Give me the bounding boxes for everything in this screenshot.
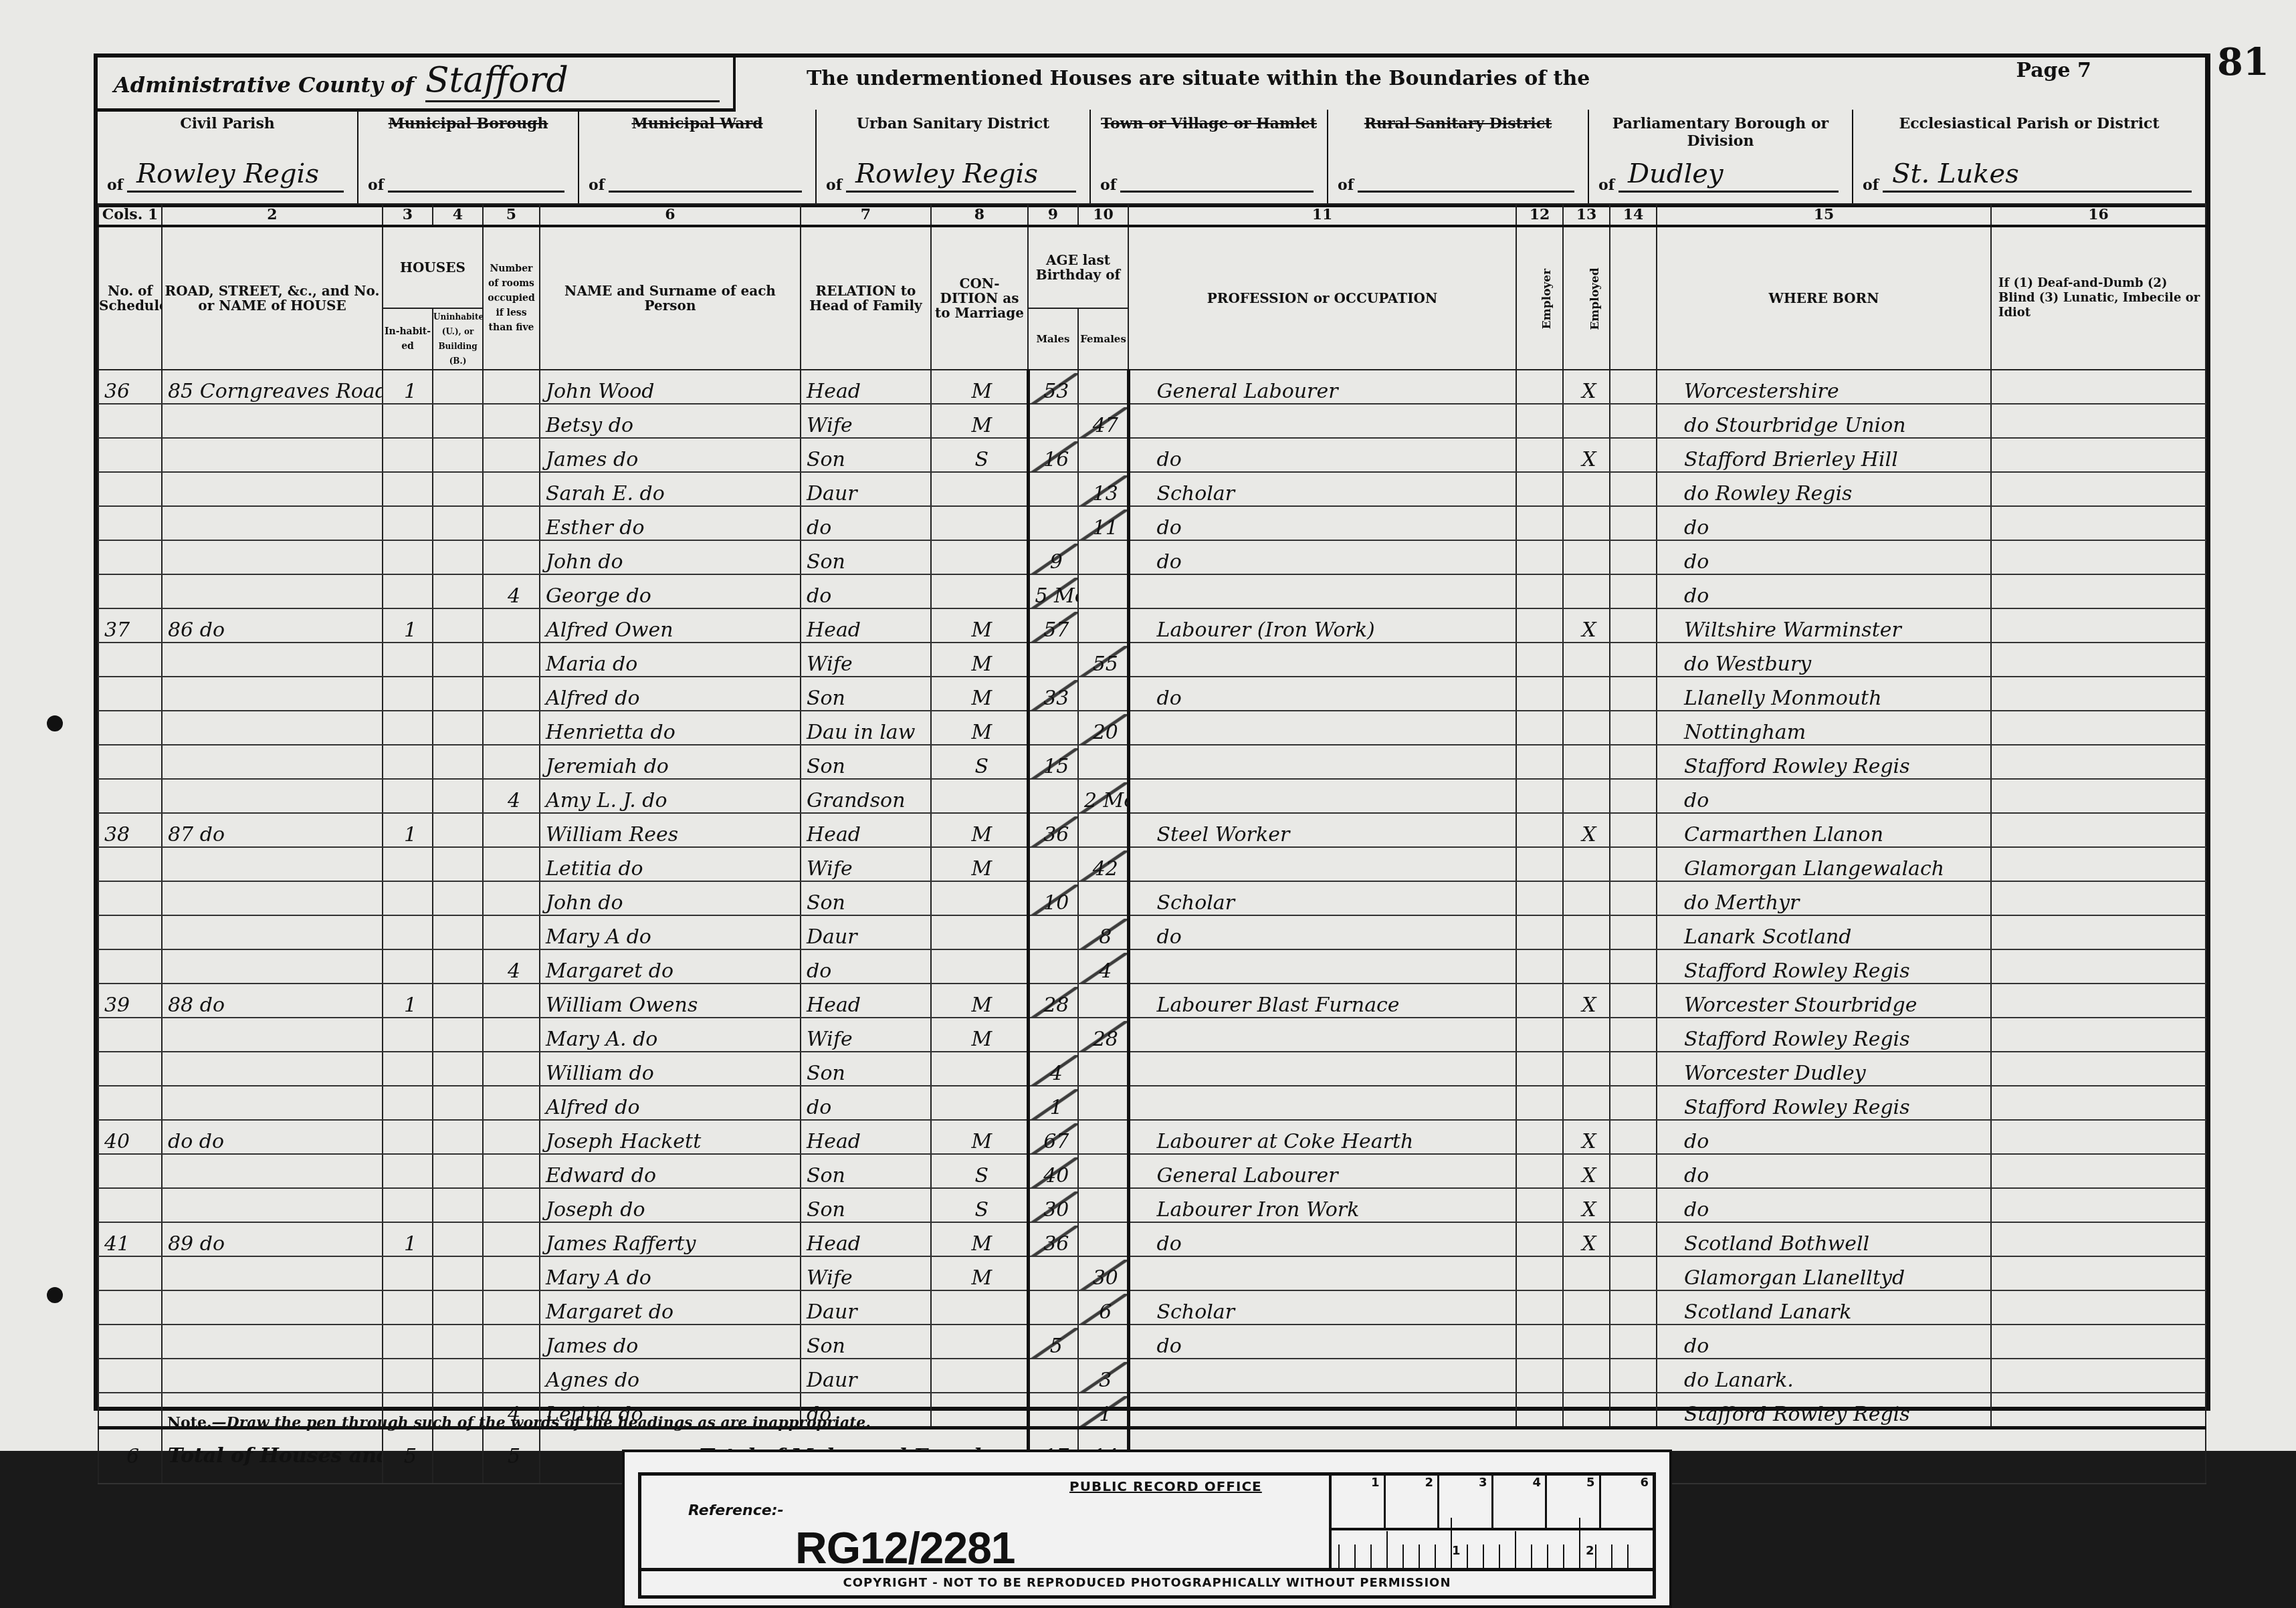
cell-employer [1516,472,1563,506]
cell-infirmity [1991,472,2206,506]
cell-inhabited [383,1120,433,1154]
cell-relation: Son [801,1325,931,1359]
name-value: Margaret do [546,1300,673,1324]
cell-infirmity [1991,984,2206,1018]
relation-value: Son [807,550,845,574]
cell-infirmity [1991,1154,2206,1188]
district-label: Municipal Borough [358,115,578,132]
name-value: Esther do [546,516,645,540]
cell-name: Joseph do [540,1188,801,1222]
cell-occupation [1128,1018,1516,1052]
table-row: 3988 do1William OwensHeadM28Labourer Bla… [98,984,2206,1018]
cell-schedule [98,847,162,881]
cell-male-age [1028,1393,1078,1428]
district-label: Ecclesiastical Parish or District [1853,115,2205,132]
cell-road [162,847,383,881]
cell-inhabited [383,643,433,677]
cell-male-age: 33 [1028,677,1078,711]
male-age-value: 4 [1050,1062,1063,1085]
cell-where-born: Glamorgan Llanelltyd [1657,1256,1991,1290]
cell-occupation: Steel Worker [1128,813,1516,847]
where-born-value: do [1684,1335,1709,1358]
district-value: Rowley Regis [846,157,1076,193]
cell-neither [1610,1086,1657,1120]
header-schedule: No. of Schedule [98,226,162,370]
cell-employer [1516,915,1563,949]
cell-employed: X [1563,438,1610,472]
cell-relation: Son [801,438,931,472]
cell-female-age: 3 [1078,1359,1128,1393]
ruler-tick [1531,1544,1532,1571]
total-rooms: 5 [483,1428,540,1484]
cell-employer [1516,608,1563,643]
cell-uninhabited [433,1154,483,1188]
male-age-value: 15 [1043,755,1069,778]
cell-employer [1516,847,1563,881]
cell-rooms: 4 [483,779,540,813]
cell-relation: Son [801,540,931,574]
male-age-value: 1 [1050,1096,1063,1119]
where-born-value: Lanark Scotland [1684,925,1852,949]
footer-note: Note.—Draw the pen through such of the w… [167,1414,871,1431]
copyright-notice: COPYRIGHT - NOT TO BE REPRODUCED PHOTOGR… [641,1568,1653,1595]
where-born-value: do Westbury [1684,653,1811,676]
reference-label: Reference:- [688,1502,784,1519]
cell-occupation: do [1128,677,1516,711]
cell-relation: Head [801,813,931,847]
cell-male-age [1028,847,1078,881]
cell-relation: Son [801,881,931,915]
cell-occupation: do [1128,1325,1516,1359]
cell-male-age [1028,1018,1078,1052]
relation-value: Dau in law [807,721,915,744]
name-value: Margaret do [546,959,673,983]
cell-name: Jeremiah do [540,745,801,779]
cell-schedule [98,574,162,608]
ruler-tick [1419,1544,1420,1571]
cell-uninhabited [433,1188,483,1222]
table-row: Joseph doSonS30Labourer Iron WorkXdo [98,1188,2206,1222]
col-num: 13 [1563,204,1610,226]
cell-uninhabited [433,1325,483,1359]
cell-road [162,1154,383,1188]
cell-female-age: 1 [1078,1393,1128,1428]
reference-card: PUBLIC RECORD OFFICE Reference:- RG12/22… [622,1450,1672,1608]
name-value: Henrietta do [546,721,675,744]
cell-road [162,506,383,540]
cell-where-born: do [1657,574,1991,608]
district-of: of [1100,177,1116,194]
cell-condition [931,1086,1028,1120]
schedule-value: 40 [104,1130,130,1153]
col-num: 15 [1657,204,1991,226]
cell-name: Maria do [540,643,801,677]
cell-uninhabited [433,506,483,540]
cell-rooms [483,1222,540,1256]
female-age-value: 30 [1093,1266,1118,1290]
relation-value: Head [807,380,861,403]
cell-male-age [1028,472,1078,506]
cell-name: Henrietta do [540,711,801,745]
district-label: Parliamentary Borough or Division [1589,115,1852,150]
cell-inhabited [383,881,433,915]
cell-road [162,643,383,677]
relation-value: Son [807,891,845,915]
cell-where-born: do [1657,1325,1991,1359]
cell-female-age [1078,1086,1128,1120]
male-age-value: 40 [1043,1164,1069,1187]
cell-relation: do [801,574,931,608]
cell-road [162,1290,383,1325]
cell-condition [931,506,1028,540]
cell-inhabited [383,506,433,540]
cell-neither [1610,881,1657,915]
cell-name: Edward do [540,1154,801,1188]
cell-schedule [98,1359,162,1393]
cell-rooms [483,1188,540,1222]
road-value: 89 do [168,1232,225,1256]
cell-where-born: do [1657,779,1991,813]
cell-occupation [1128,1359,1516,1393]
cell-name: James Rafferty [540,1222,801,1256]
where-born-value: Stafford Brierley Hill [1684,448,1898,471]
male-age-value: 36 [1043,1232,1069,1256]
cell-uninhabited [433,370,483,404]
binding-hole [47,715,63,731]
cell-road [162,915,383,949]
rooms-value: 4 [508,789,520,812]
office-name: PUBLIC RECORD OFFICE [1069,1478,1262,1494]
cell-male-age [1028,506,1078,540]
cell-where-born: Worcester Dudley [1657,1052,1991,1086]
cell-neither [1610,813,1657,847]
cell-name: Alfred do [540,677,801,711]
cell-female-age: 55 [1078,643,1128,677]
cell-employed [1563,643,1610,677]
cell-neither [1610,1325,1657,1359]
cell-inhabited [383,949,433,984]
name-value: Edward do [546,1164,656,1187]
male-age-value: 5 Mo [1035,584,1079,608]
cell-road [162,540,383,574]
cell-relation: Son [801,1052,931,1086]
cell-employer [1516,1086,1563,1120]
cell-name: Letitia do [540,847,801,881]
female-age-value: 4 [1099,959,1112,983]
district-of: of [1338,177,1354,194]
cell-where-born: Scotland Lanark [1657,1290,1991,1325]
district-value: St. Lukes [1883,157,2192,193]
cell-where-born: Stafford Rowley Regis [1657,745,1991,779]
cell-infirmity [1991,881,2206,915]
table-row: James doSon5dodo [98,1325,2206,1359]
employed-value: X [1582,823,1596,846]
cell-schedule [98,915,162,949]
condition-value: M [971,721,992,744]
cell-uninhabited [433,949,483,984]
cell-inhabited [383,677,433,711]
relation-value: Wife [807,857,853,881]
cell-male-age [1028,779,1078,813]
cell-schedule [98,1188,162,1222]
cell-female-age: 30 [1078,1256,1128,1290]
table-row: John doSon10Scholardo Merthyr [98,881,2206,915]
rooms-value: 4 [508,959,520,983]
cell-male-age: 10 [1028,881,1078,915]
cell-employer [1516,540,1563,574]
cell-neither [1610,1188,1657,1222]
cell-road [162,1188,383,1222]
where-born-value: Stafford Rowley Regis [1684,1403,1910,1426]
cell-road [162,404,383,438]
condition-value: S [974,1198,988,1222]
cell-schedule [98,1154,162,1188]
cell-schedule [98,438,162,472]
cell-female-age [1078,1120,1128,1154]
cell-where-born: do Merthyr [1657,881,1991,915]
cell-road [162,779,383,813]
table-row: Alfred doSonM33doLlanelly Monmouth [98,677,2206,711]
cell-name: Amy L. J. do [540,779,801,813]
cell-infirmity [1991,1188,2206,1222]
name-value: Betsy do [546,414,633,437]
cell-employed [1563,1256,1610,1290]
cell-neither [1610,847,1657,881]
cell-uninhabited [433,404,483,438]
district-field: Ecclesiastical Parish or DistrictofSt. L… [1853,110,2205,203]
cell-relation: Head [801,608,931,643]
where-born-value: Stafford Rowley Regis [1684,959,1910,983]
cell-where-born: Carmarthen Llanon [1657,813,1991,847]
cell-rooms [483,643,540,677]
total-houses-label: Total of Houses and of Tenements with le… [162,1428,383,1484]
cell-inhabited [383,1154,433,1188]
header-employer: Employer [1516,226,1563,370]
cell-female-age: 20 [1078,711,1128,745]
cell-employed [1563,711,1610,745]
cell-condition: M [931,813,1028,847]
form-header: Administrative County of Stafford The un… [98,58,2205,111]
schedule-value: 38 [104,823,130,846]
cell-male-age: 15 [1028,745,1078,779]
occupation-value: Labourer Blast Furnace [1157,994,1400,1017]
relation-value: Head [807,618,861,642]
employed-value: X [1582,380,1596,403]
cell-condition [931,881,1028,915]
cell-neither [1610,1120,1657,1154]
cell-relation: Son [801,745,931,779]
occupation-value: do [1157,1335,1182,1358]
cell-inhabited: 1 [383,984,433,1018]
female-age-value: 11 [1093,516,1118,540]
cell-road: 85 Corngreaves Road [162,370,383,404]
cell-male-age: 36 [1028,813,1078,847]
occupation-value: Scholar [1157,891,1235,915]
cell-uninhabited [433,1222,483,1256]
cell-where-born: Worcestershire [1657,370,1991,404]
condition-value: S [974,1164,988,1187]
ruler-tick [1483,1544,1484,1571]
relation-value: Daur [807,1300,857,1324]
cell-where-born: do Stourbridge Union [1657,404,1991,438]
cell-road [162,677,383,711]
header-where-born: WHERE BORN [1657,226,1991,370]
cell-inhabited [383,915,433,949]
cell-occupation [1128,1393,1516,1428]
header-age: AGE last Birthday of [1028,226,1128,308]
cell-schedule [98,1018,162,1052]
cell-employed: X [1563,1120,1610,1154]
cell-neither [1610,1052,1657,1086]
cell-employed [1563,404,1610,438]
cell-employed: X [1563,1154,1610,1188]
cell-female-age: 13 [1078,472,1128,506]
cell-inhabited [383,745,433,779]
cell-relation: do [801,949,931,984]
cell-rooms [483,370,540,404]
female-age-value: 47 [1093,414,1118,437]
cell-condition: M [931,643,1028,677]
cell-male-age [1028,643,1078,677]
name-value: James do [546,1335,638,1358]
female-age-value: 13 [1093,482,1118,505]
ruler-tick [1370,1544,1372,1571]
cell-occupation: Scholar [1128,1290,1516,1325]
name-value: Letitia do [546,857,643,881]
cell-employer [1516,1222,1563,1256]
table-row: Alfred dodo1Stafford Rowley Regis [98,1086,2206,1120]
cell-road: 86 do [162,608,383,643]
cell-employed [1563,1325,1610,1359]
cell-inhabited [383,540,433,574]
schedule-value: 41 [104,1232,130,1256]
female-age-value: 28 [1093,1028,1118,1051]
name-value: Agnes do [546,1369,639,1392]
cell-employer [1516,506,1563,540]
col-num: Cols. 1 [98,204,162,226]
header-infirmity: If (1) Deaf-and-Dumb (2) Blind (3) Lunat… [1991,226,2206,370]
where-born-value: Stafford Rowley Regis [1684,755,1910,778]
col-num: 2 [162,204,383,226]
ruler-tick [1611,1544,1612,1571]
cell-employed [1563,847,1610,881]
occupation-value: Labourer Iron Work [1157,1198,1360,1222]
employed-value: X [1582,1232,1596,1256]
col-num: 9 [1028,204,1078,226]
header-occupation: PROFESSION or OCCUPATION [1128,226,1516,370]
cell-road: 88 do [162,984,383,1018]
district-value [609,157,802,193]
cell-neither [1610,540,1657,574]
cell-rooms: 4 [483,949,540,984]
cell-schedule: 40 [98,1120,162,1154]
cell-male-age: 40 [1028,1154,1078,1188]
table-row: 3685 Corngreaves Road1John WoodHeadM53Ge… [98,370,2206,404]
employed-value: X [1582,618,1596,642]
condition-value: S [974,448,988,471]
col-num: 6 [540,204,801,226]
cell-infirmity [1991,1086,2206,1120]
cell-employed [1563,1393,1610,1428]
cell-employed [1563,745,1610,779]
cell-name: Joseph Hackett [540,1120,801,1154]
cell-schedule [98,779,162,813]
cell-male-age: 67 [1028,1120,1078,1154]
where-born-value: do [1684,1164,1709,1187]
cell-uninhabited [433,711,483,745]
cell-infirmity [1991,915,2206,949]
road-value: do do [168,1130,224,1153]
table-row: Agnes doDaur3do Lanark. [98,1359,2206,1393]
cell-female-age [1078,881,1128,915]
cell-schedule [98,540,162,574]
cell-occupation [1128,643,1516,677]
cell-employer [1516,1052,1563,1086]
ruler-tick [1563,1544,1564,1571]
cell-condition: M [931,1120,1028,1154]
female-age-value: 42 [1093,857,1118,881]
cell-condition [931,915,1028,949]
cell-employed [1563,540,1610,574]
cell-where-born: do [1657,506,1991,540]
occupation-value: Scholar [1157,1300,1235,1324]
cell-relation: Wife [801,643,931,677]
relation-value: Daur [807,925,857,949]
cell-uninhabited [433,1018,483,1052]
cell-relation: Son [801,1188,931,1222]
cell-inhabited: 1 [383,370,433,404]
cell-female-age [1078,1052,1128,1086]
cell-infirmity [1991,1120,2206,1154]
relation-value: Wife [807,653,853,676]
cell-where-born: Worcester Stourbridge [1657,984,1991,1018]
cell-uninhabited [433,813,483,847]
cell-female-age: 8 [1078,915,1128,949]
cell-name: Mary A. do [540,1018,801,1052]
cell-occupation [1128,779,1516,813]
cell-rooms [483,915,540,949]
cell-schedule [98,1086,162,1120]
name-value: Sarah E. do [546,482,665,505]
cell-female-age [1078,745,1128,779]
relation-value: Son [807,755,845,778]
cell-occupation: do [1128,438,1516,472]
reference-card-inner: PUBLIC RECORD OFFICE Reference:- RG12/22… [638,1472,1656,1599]
name-value: Maria do [546,653,637,676]
cell-infirmity [1991,779,2206,813]
cell-uninhabited [433,881,483,915]
district-of: of [107,177,123,194]
ruler-inches: 123456 [1332,1476,1653,1530]
ruler-inch-mark: 3 [1439,1476,1493,1528]
cell-road: do do [162,1120,383,1154]
cell-name: Betsy do [540,404,801,438]
name-value: James do [546,448,638,471]
cell-relation: Head [801,984,931,1018]
cell-where-born: Llanelly Monmouth [1657,677,1991,711]
cell-condition: M [931,711,1028,745]
ruler-inch-mark: 5 [1547,1476,1601,1528]
cell-name: James do [540,1325,801,1359]
cell-female-age [1078,813,1128,847]
cell-relation: Wife [801,847,931,881]
cell-relation: Wife [801,404,931,438]
condition-value: M [971,857,992,881]
cell-occupation: Labourer at Coke Hearth [1128,1120,1516,1154]
cell-neither [1610,506,1657,540]
binding-hole [47,1287,63,1303]
cell-where-born: Stafford Rowley Regis [1657,1393,1991,1428]
